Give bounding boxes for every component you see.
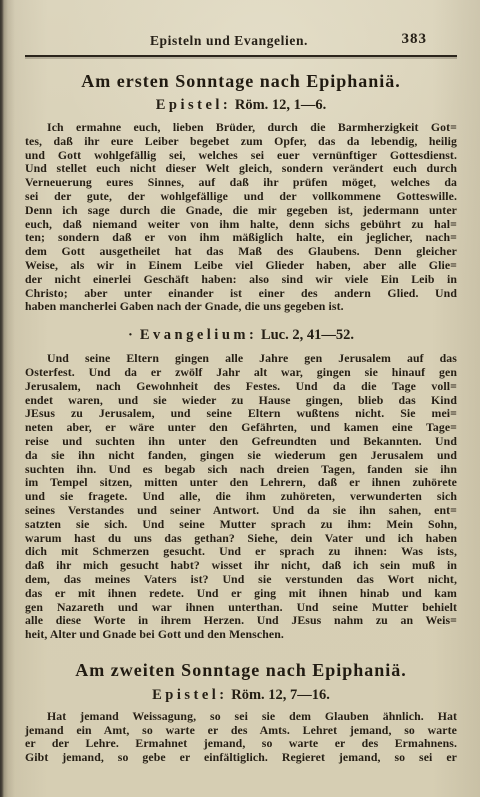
running-head: Episteln und Evangelien. 383	[25, 0, 457, 50]
text-column: Episteln und Evangelien. 383 Am ersten S…	[0, 0, 480, 765]
epistle-text-1: Ich ermahne euch, lieben Brüder, durch d…	[25, 121, 457, 314]
subheading-epistle-2: Epistel: Röm. 12, 7—16.	[25, 687, 457, 704]
subheading-label: Evangelium:	[140, 327, 257, 343]
text-line: suchten ihn. Und es begab sich nach drei…	[25, 463, 457, 477]
text-line: das er mit ihnen redete. Und er ging mit…	[25, 587, 457, 601]
text-line: Osterfest. Und da er zwölf Jahr alt war,…	[25, 366, 457, 380]
text-line: warum hast du uns das gethan? Siehe, dei…	[25, 532, 457, 546]
text-line: JEsus zu Jerusalem, und seine Eltern wuß…	[25, 407, 457, 421]
text-line: seines Verstandes und seiner Antwort. Un…	[25, 504, 457, 518]
text-line: daß ihr mich gesucht habt? wisset ihr ni…	[25, 559, 457, 573]
text-line: dem Gott ausgetheilet hat das Maß des Gl…	[25, 245, 457, 259]
text-line: ten; sondern daß er von ihm mäßiglich ha…	[25, 231, 457, 245]
text-line: Gibt jemand, so gebe er einfältiglich. R…	[25, 751, 457, 765]
header-rule	[25, 55, 457, 57]
text-line: jemand ein Amt, so warte er des Amts. Le…	[25, 724, 457, 738]
text-line: und sie fragete. Und alle, die ihm zuhör…	[25, 490, 457, 504]
text-line: Jerusalem, nach Gewohnheit des Festes. U…	[25, 380, 457, 394]
book-page: Episteln und Evangelien. 383 Am ersten S…	[0, 0, 480, 797]
text-line: euch, daß niemand weiter von ihm halte, …	[25, 218, 457, 232]
gospel-text: Und seine Eltern gingen alle Jahre gen J…	[25, 352, 457, 642]
text-line: da sie ihn nicht fanden, gingen sie wied…	[25, 449, 457, 463]
section-heading-second-sunday: Am zweiten Sonntage nach Epiphaniä.	[25, 659, 457, 681]
text-line: Ich ermahne euch, lieben Brüder, durch d…	[25, 121, 457, 135]
text-line: sei der gute, der wohlgefällige und der …	[25, 190, 457, 204]
text-line: und Gott wohlgefällig sei, welches sei e…	[25, 149, 457, 163]
scripture-reference: Röm. 12, 7—16.	[231, 687, 330, 703]
text-line: der nicht einerlei Geschäft haben: also …	[25, 273, 457, 287]
text-line: Hat jemand Weissagung, so sei sie dem Gl…	[25, 710, 457, 724]
text-line: tes, daß ihr eure Leiber begebet zum Opf…	[25, 135, 457, 149]
text-line: im Tempel sitzen, mitten unter den Lehre…	[25, 476, 457, 490]
text-line: gen Nazareth und war ihnen unterthan. Un…	[25, 601, 457, 615]
text-line: Weise, als wir in Einem Leibe viel Glied…	[25, 259, 457, 273]
epistle-text-2: Hat jemand Weissagung, so sei sie dem Gl…	[25, 710, 457, 765]
text-line: Christo; aber unter einander ist einer d…	[25, 287, 457, 301]
text-line: haben mancherlei Gaben nach der Gnade, d…	[25, 300, 457, 314]
page-number: 383	[402, 31, 428, 48]
subheading-epistle-1: Epistel: Röm. 12, 1—6.	[25, 97, 457, 114]
text-line: satzten sie sich. Und seine Mutter sprac…	[25, 518, 457, 532]
text-line: Und seine Eltern gingen alle Jahre gen J…	[25, 352, 457, 366]
text-line: Denn ich sage durch die Gnade, die mir g…	[25, 204, 457, 218]
text-line: reise und suchten ihn unter den Gefreund…	[25, 435, 457, 449]
text-line: endet waren, und sie wieder zu Hause gin…	[25, 394, 457, 408]
subheading-label: Epistel:	[152, 687, 228, 703]
section-heading-first-sunday: Am ersten Sonntage nach Epiphaniä.	[25, 70, 457, 92]
text-line: heit, Alter und Gnade bei Gott und den M…	[25, 628, 457, 642]
text-line: Verneuerung eures Sinnes, auf daß ihr pr…	[25, 176, 457, 190]
scripture-reference: Luc. 2, 41—52.	[261, 327, 354, 343]
text-line: Und stellet euch nicht dieser Welt gleic…	[25, 162, 457, 176]
running-head-title: Episteln und Evangelien.	[13, 33, 445, 49]
text-line: dich mit Schmerzen gesucht. Und er sprac…	[25, 545, 457, 559]
text-line: dem, das meines Vaters ist? Und sie vers…	[25, 573, 457, 587]
scripture-reference: Röm. 12, 1—6.	[235, 97, 326, 113]
text-line: er der Lehre. Ermahnet jemand, so warte …	[25, 737, 457, 751]
subheading-label: Epistel:	[156, 97, 232, 113]
text-line: neten aber, er wäre unter den Gefährten,…	[25, 421, 457, 435]
text-line: alle diese Worte in ihrem Herzen. Und JE…	[25, 614, 457, 628]
subheading-gospel: ·Evangelium: Luc. 2, 41—52.	[25, 327, 457, 344]
separator-dot: ·	[128, 327, 133, 343]
